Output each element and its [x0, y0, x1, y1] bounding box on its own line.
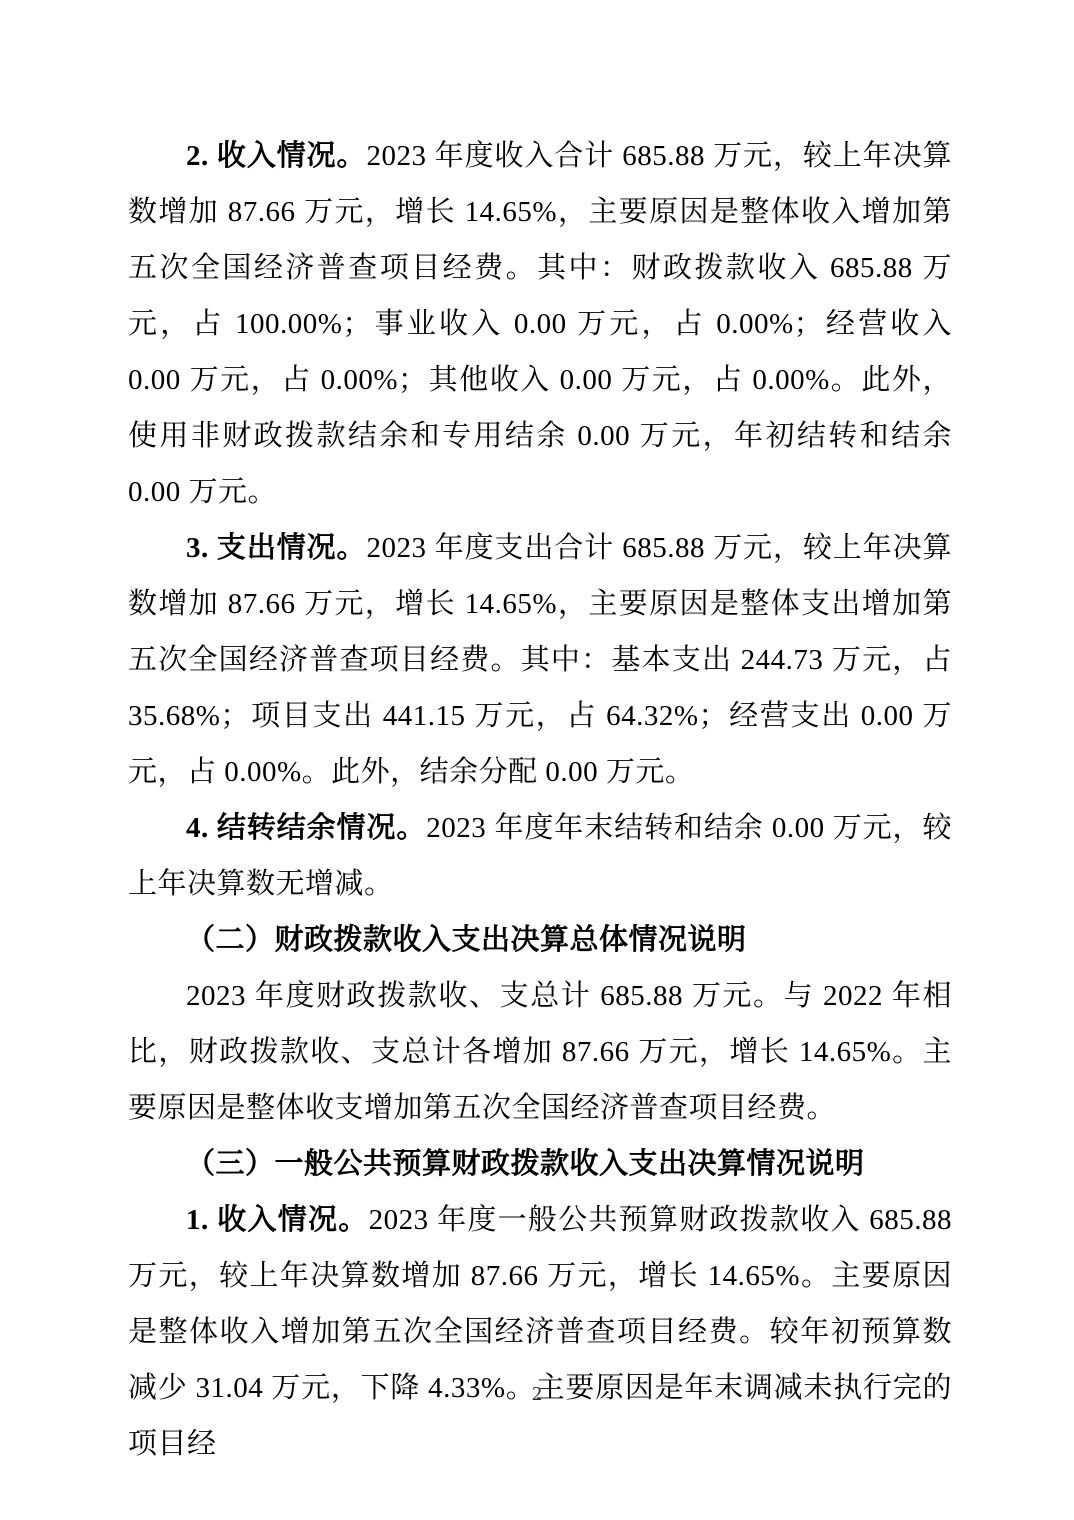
paragraph-income-overview: 2. 收入情况。2023 年度收入合计 685.88 万元，较上年决算数增加 8…	[128, 128, 952, 520]
page-number: 2	[0, 1380, 1074, 1408]
section-heading-general-public-budget: （三）一般公共预算财政拨款收入支出决算情况说明	[128, 1136, 952, 1192]
paragraph-text-income: 2023 年度收入合计 685.88 万元，较上年决算数增加 87.66 万元，…	[128, 140, 952, 508]
document-page: 2. 收入情况。2023 年度收入合计 685.88 万元，较上年决算数增加 8…	[0, 0, 1074, 1520]
paragraph-text-expenditure: 2023 年度支出合计 685.88 万元，较上年决算数增加 87.66 万元，…	[128, 532, 952, 788]
paragraph-lead-carryover: 4. 结转结余情况。	[186, 812, 426, 844]
paragraph-lead-general-budget-income: 1. 收入情况。	[186, 1204, 369, 1236]
document-body: 2. 收入情况。2023 年度收入合计 685.88 万元，较上年决算数增加 8…	[128, 128, 952, 1472]
paragraph-general-budget-income: 1. 收入情况。2023 年度一般公共预算财政拨款收入 685.88 万元，较上…	[128, 1192, 952, 1472]
paragraph-lead-income: 2. 收入情况。	[186, 140, 366, 172]
paragraph-fiscal-appropriation-total: 2023 年度财政拨款收、支总计 685.88 万元。与 2022 年相比，财政…	[128, 968, 952, 1136]
section-heading-fiscal-appropriation: （二）财政拨款收入支出决算总体情况说明	[128, 912, 952, 968]
paragraph-expenditure-overview: 3. 支出情况。2023 年度支出合计 685.88 万元，较上年决算数增加 8…	[128, 520, 952, 800]
paragraph-lead-expenditure: 3. 支出情况。	[186, 532, 366, 564]
paragraph-text-fiscal-appropriation-total: 2023 年度财政拨款收、支总计 685.88 万元。与 2022 年相比，财政…	[128, 980, 952, 1124]
paragraph-text-general-budget-income: 2023 年度一般公共预算财政拨款收入 685.88 万元，较上年决算数增加 8…	[128, 1204, 952, 1460]
paragraph-carryover: 4. 结转结余情况。2023 年度年末结转和结余 0.00 万元，较上年决算数无…	[128, 800, 952, 912]
